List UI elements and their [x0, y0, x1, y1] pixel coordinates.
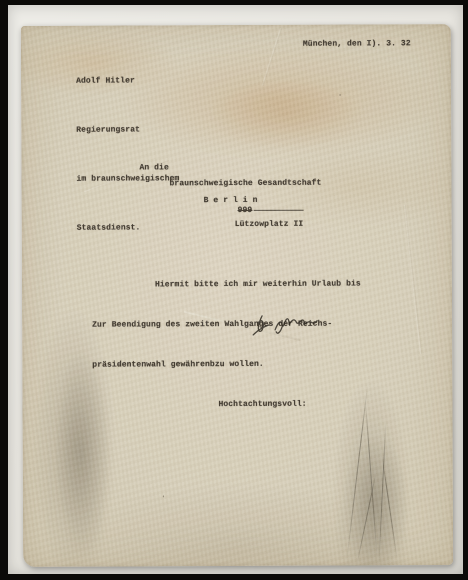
- closing: Hochtachtungsvoll:: [92, 398, 392, 413]
- photo-mat: Adolf Hitler Regierungsrat im braunschwe…: [8, 5, 463, 574]
- recipient-city: B e r l i n: [204, 196, 258, 205]
- scratch-mark: [381, 455, 397, 559]
- strikeout-correction: 999: [238, 206, 304, 215]
- body-line: Zur Beendigung des zweiten Wahlganges de…: [92, 317, 392, 332]
- recipient-street: Lützowplatz II: [235, 220, 304, 229]
- scratch-mark: [379, 422, 387, 562]
- strike-line: [253, 210, 303, 211]
- recipient-block: An die braunschweigische Gesandtschaft B…: [21, 162, 451, 264]
- body-block: Hiermit bitte ich mir weiterhin Urlaub b…: [92, 250, 393, 439]
- sender-title: Regierungsrat: [76, 122, 179, 139]
- sender-name: Adolf Hitler: [76, 73, 179, 90]
- body-line: präsidentenwahl gewährenbzu wollen.: [92, 358, 392, 373]
- stain-top-center: [171, 64, 401, 175]
- recipient-salutation: An die: [139, 163, 168, 172]
- strikeout-text: 999: [238, 206, 253, 215]
- letter-paper: Adolf Hitler Regierungsrat im braunschwe…: [21, 24, 453, 567]
- body-line: Hiermit bitte ich mir weiterhin Urlaub b…: [92, 277, 392, 292]
- dateline: München, den I). 3. 32: [303, 39, 411, 48]
- paper-crease: [262, 28, 282, 86]
- ink-speck: [339, 95, 341, 96]
- handwritten-signature-icon: [248, 311, 320, 341]
- recipient-name: braunschweigische Gesandtschaft: [169, 179, 321, 189]
- signature-mark: [248, 311, 320, 341]
- ink-speck: [163, 495, 164, 497]
